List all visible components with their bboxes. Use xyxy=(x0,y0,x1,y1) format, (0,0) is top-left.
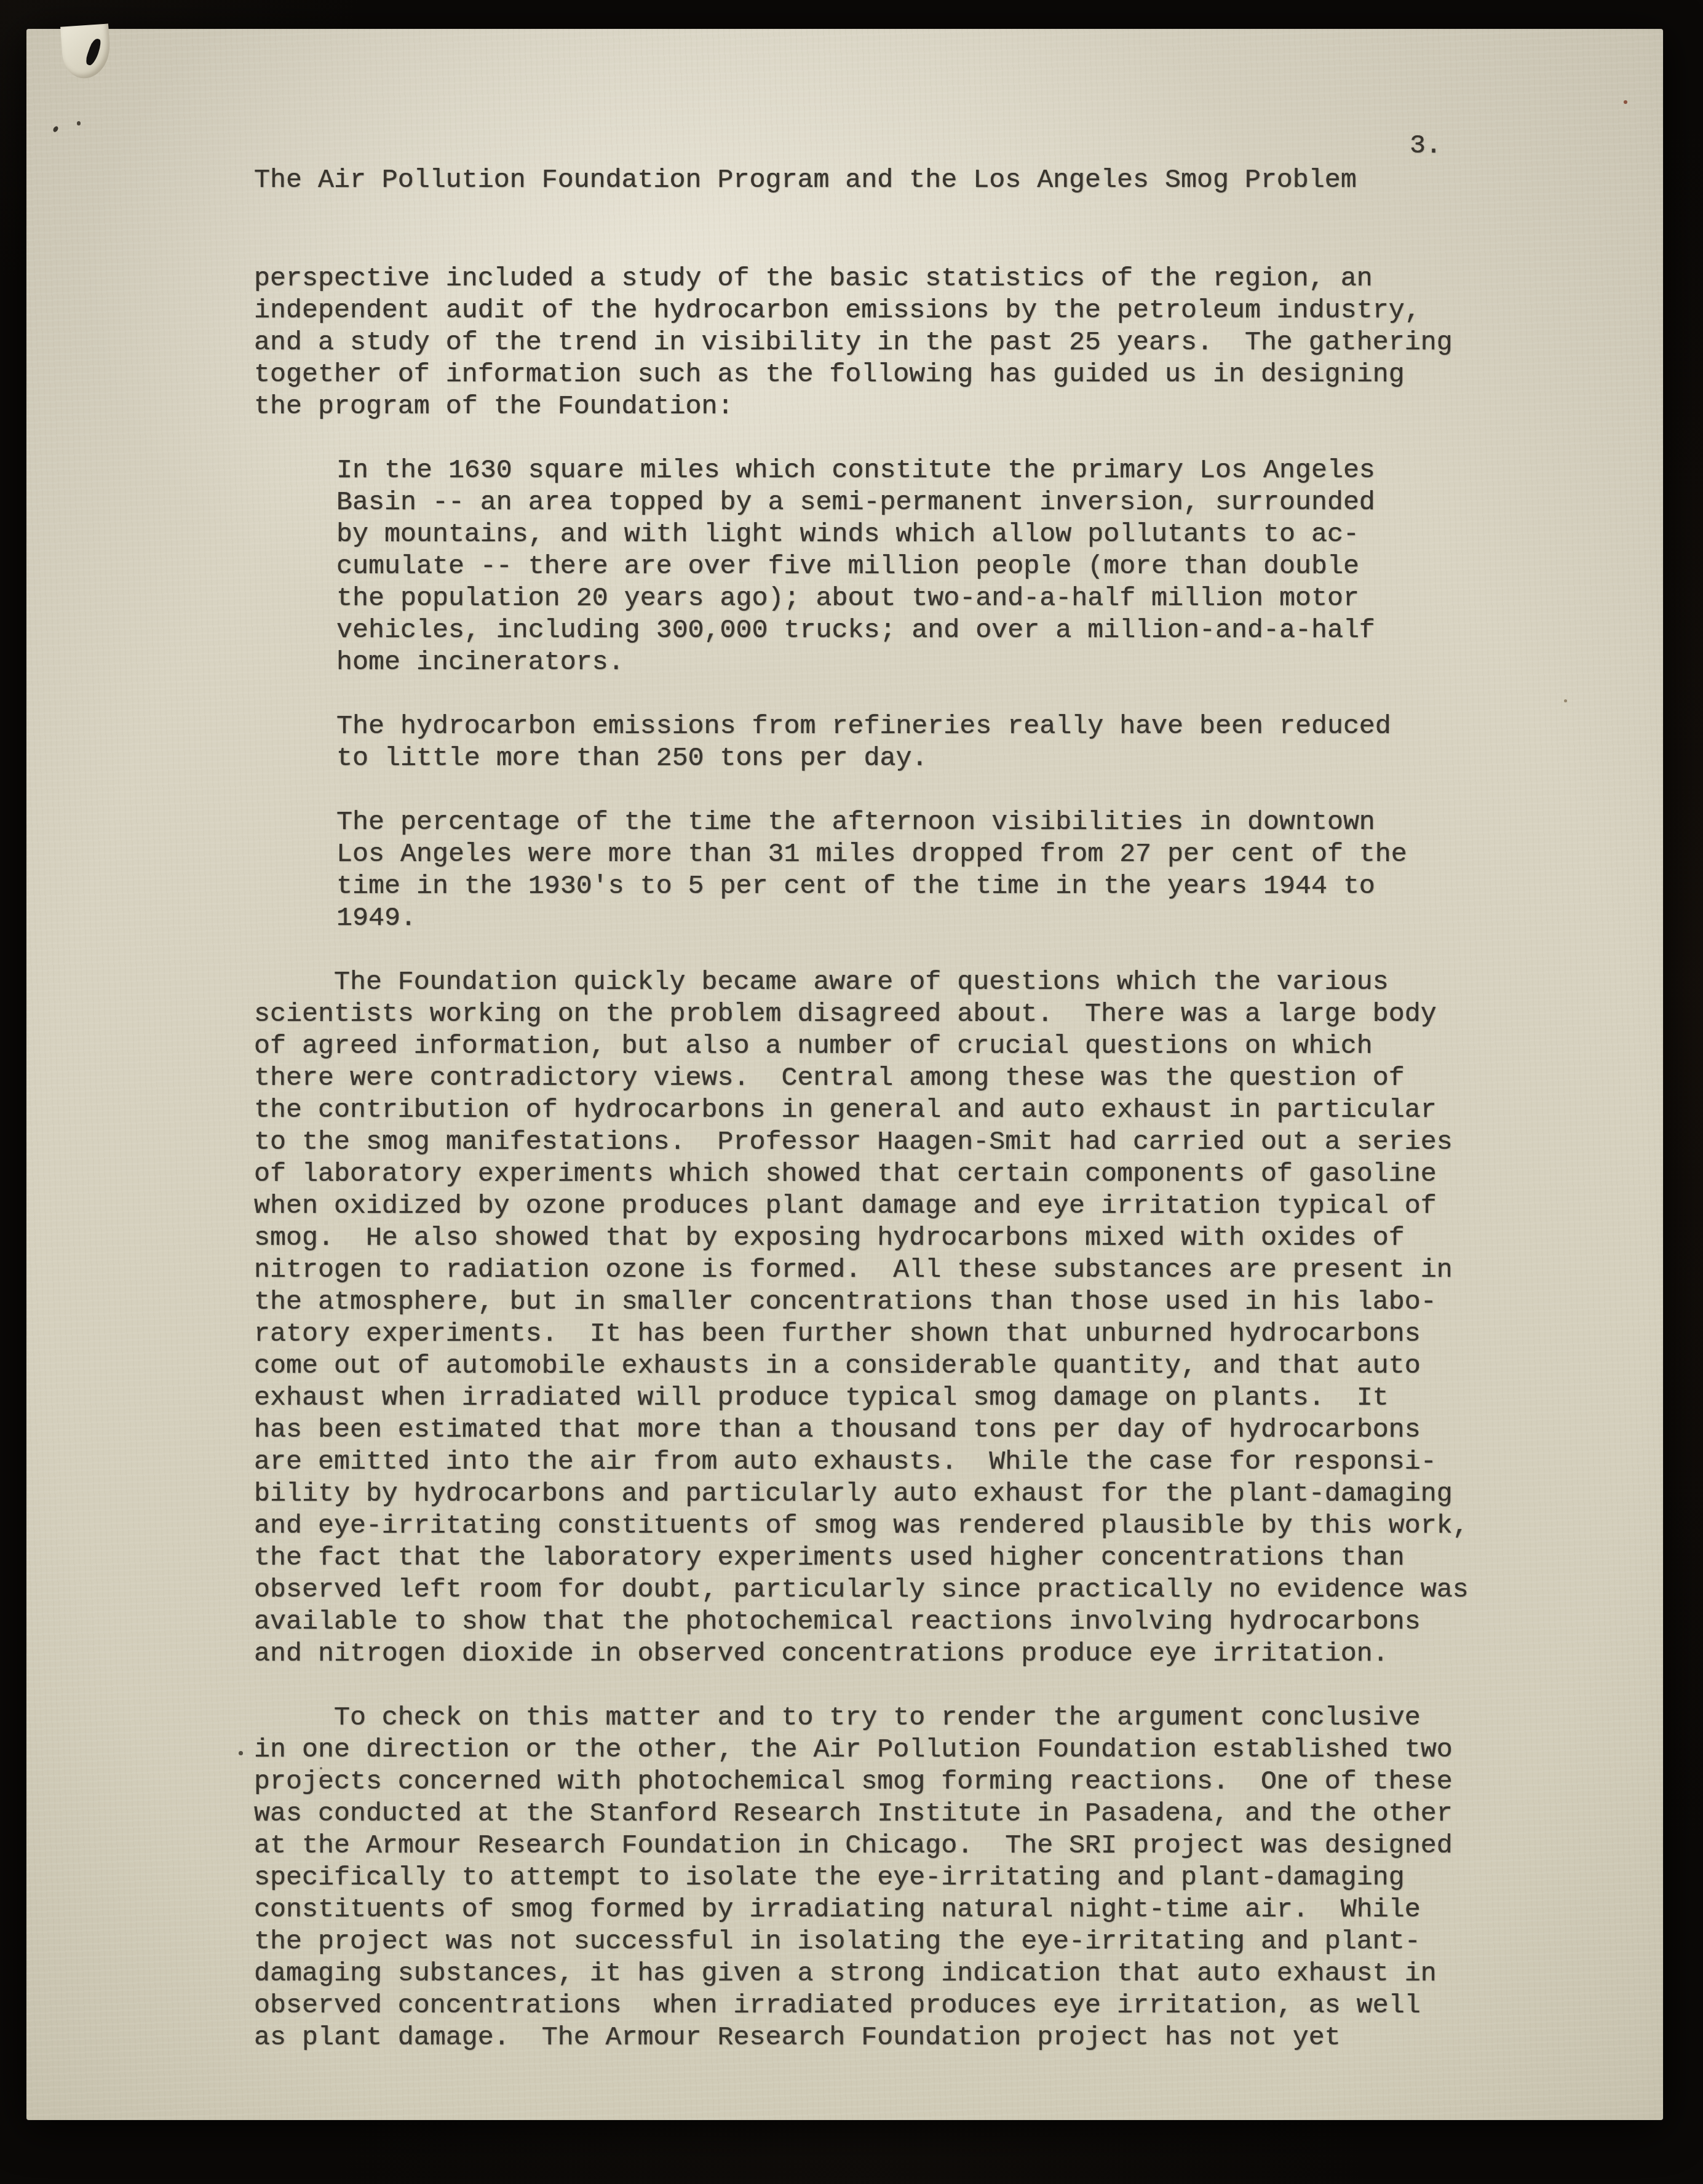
ink-speck xyxy=(239,1751,243,1755)
paper-tear-flap xyxy=(60,23,112,79)
ink-speck xyxy=(320,1767,322,1769)
block-quote: In the 1630 square miles which constitut… xyxy=(336,455,1375,679)
document-page: 3. The Air Pollution Foundation Program … xyxy=(26,29,1663,2120)
foxing-speck xyxy=(1624,100,1627,104)
body-paragraph: perspective included a study of the basi… xyxy=(254,263,1453,423)
ink-speck xyxy=(77,121,81,125)
foxing-speck xyxy=(1564,699,1567,702)
block-quote: The percentage of the time the afternoon… xyxy=(336,807,1407,935)
body-paragraph: To check on this matter and to try to re… xyxy=(254,1702,1453,2054)
page-number: 3. xyxy=(1410,130,1442,162)
scan-background: 3. The Air Pollution Foundation Program … xyxy=(0,0,1703,2184)
body-paragraph: The Foundation quickly became aware of q… xyxy=(254,967,1469,1670)
page-title: The Air Pollution Foundation Program and… xyxy=(254,165,1357,197)
block-quote: The hydrocarbon emissions from refinerie… xyxy=(336,711,1391,775)
ink-speck xyxy=(52,125,59,133)
